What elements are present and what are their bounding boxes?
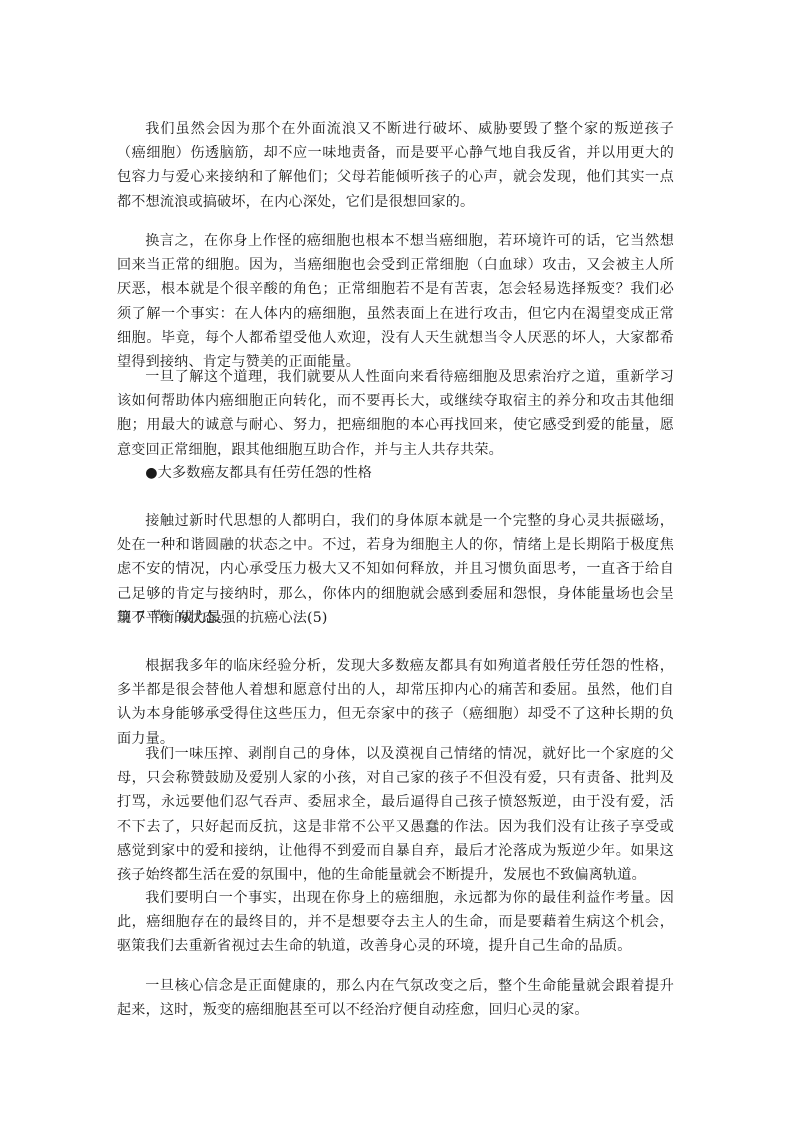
paragraph-3: 一旦了解这个道理，我们就要从人性面向来看待癌细胞及思索治疗之道，重新学习该如何帮… <box>117 365 674 462</box>
section-bullet-heading: ●大多数癌友都具有任劳任怨的性格 <box>117 461 674 485</box>
paragraph-5: 根据我多年的临床经验分析，发现大多数癌友都具有如殉道者般任劳任怨的性格，多半都是… <box>117 654 674 751</box>
paragraph-1: 我们虽然会因为那个在外面流浪又不断进行破坏、威胁要毁了整个家的叛逆孩子（癌细胞）… <box>117 117 674 214</box>
paragraph-6: 我们一味压搾、剥削自己的身体，以及漠视自己情绪的情况，就好比一个家庭的父母，只会… <box>117 742 674 887</box>
paragraph-7: 我们要明白一个事实，出现在你身上的癌细胞，永远都为你的最佳利益作考量。因此，癌细… <box>117 886 674 959</box>
paragraph-2: 换言之，在你身上作怪的癌细胞也根本不想当癌细胞，若环境许可的话，它当然想回来当正… <box>117 229 674 374</box>
section-title: 第 7 节：威力最强的抗癌心法(5) <box>117 606 674 630</box>
paragraph-8: 一旦核心信念是正面健康的，那么内在气氛改变之后，整个生命能量就会跟着提升起来，这… <box>117 974 674 1022</box>
